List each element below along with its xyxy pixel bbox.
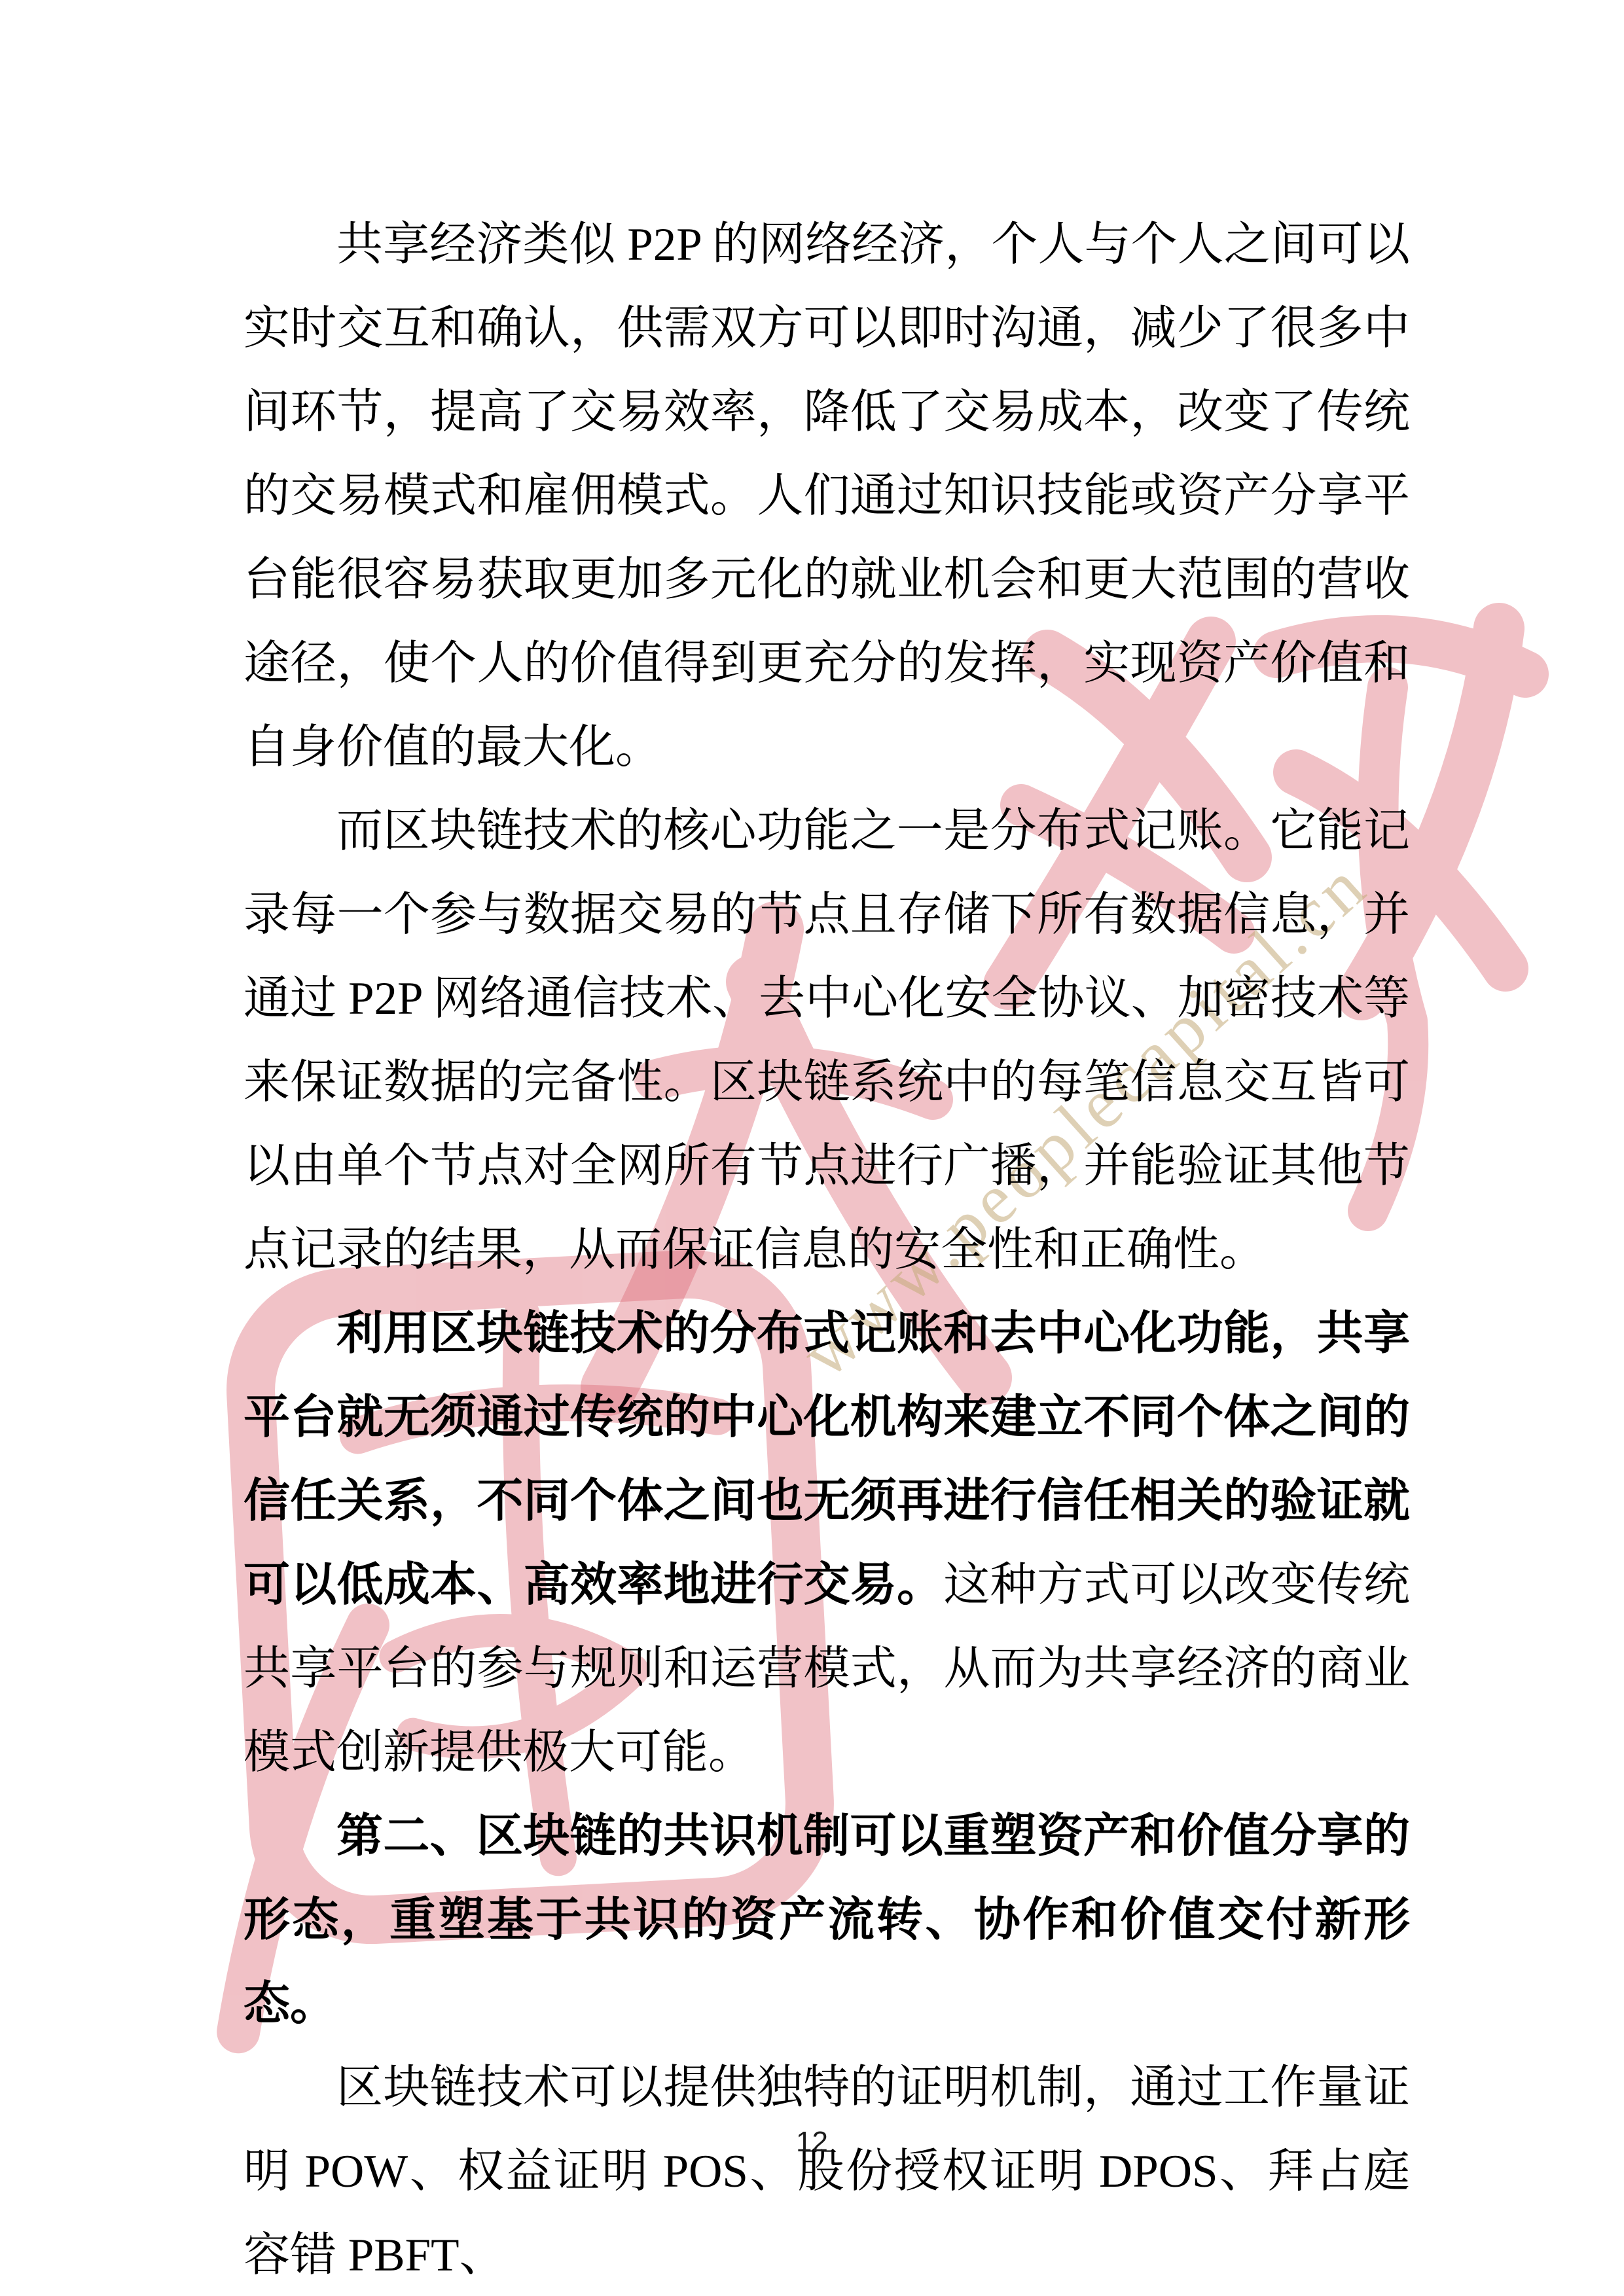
paragraph-distributed-ledger: 而区块链技术的核心功能之一是分布式记账。它能记录每一个参与数据交易的节点且存储下… — [244, 789, 1410, 1292]
paragraph-sharing-economy: 共享经济类似 P2P 的网络经济，个人与个人之间可以实时交互和确认，供需双方可以… — [244, 203, 1410, 789]
paragraph-consensus-heading: 第二、区块链的共识机制可以重塑资产和价值分享的形态，重塑基于共识的资产流转、协作… — [244, 1795, 1410, 2046]
paragraph-proof-mechanisms: 区块链技术可以提供独特的证明机制，通过工作量证明 POW、权益证明 POS、股份… — [244, 2046, 1410, 2296]
document-body: 共享经济类似 P2P 的网络经济，个人与个人之间可以实时交互和确认，供需双方可以… — [244, 203, 1410, 2296]
page-number: 12 — [0, 2126, 1624, 2159]
paragraph-text-segment: 而区块链技术的核心功能之一是分布式记账。它能记录每一个参与数据交易的节点且存储下… — [244, 806, 1410, 1276]
paragraph-trust-mechanism: 利用区块链技术的分布式记账和去中心化功能，共享平台就无须通过传统的中心化机构来建… — [244, 1292, 1410, 1795]
paragraph-text-segment: 共享经济类似 P2P 的网络经济，个人与个人之间可以实时交互和确认，供需双方可以… — [244, 219, 1410, 773]
document-page: www.peoplecapital.cn 共享经济类似 P2P 的网络经济，个人… — [0, 0, 1624, 2296]
paragraph-text-segment: 区块链技术可以提供独特的证明机制，通过工作量证明 POW、权益证明 POS、股份… — [244, 2062, 1410, 2281]
bold-text-segment: 第二、区块链的共识机制可以重塑资产和价值分享的形态，重塑基于共识的资产流转、协作… — [244, 1811, 1410, 2030]
